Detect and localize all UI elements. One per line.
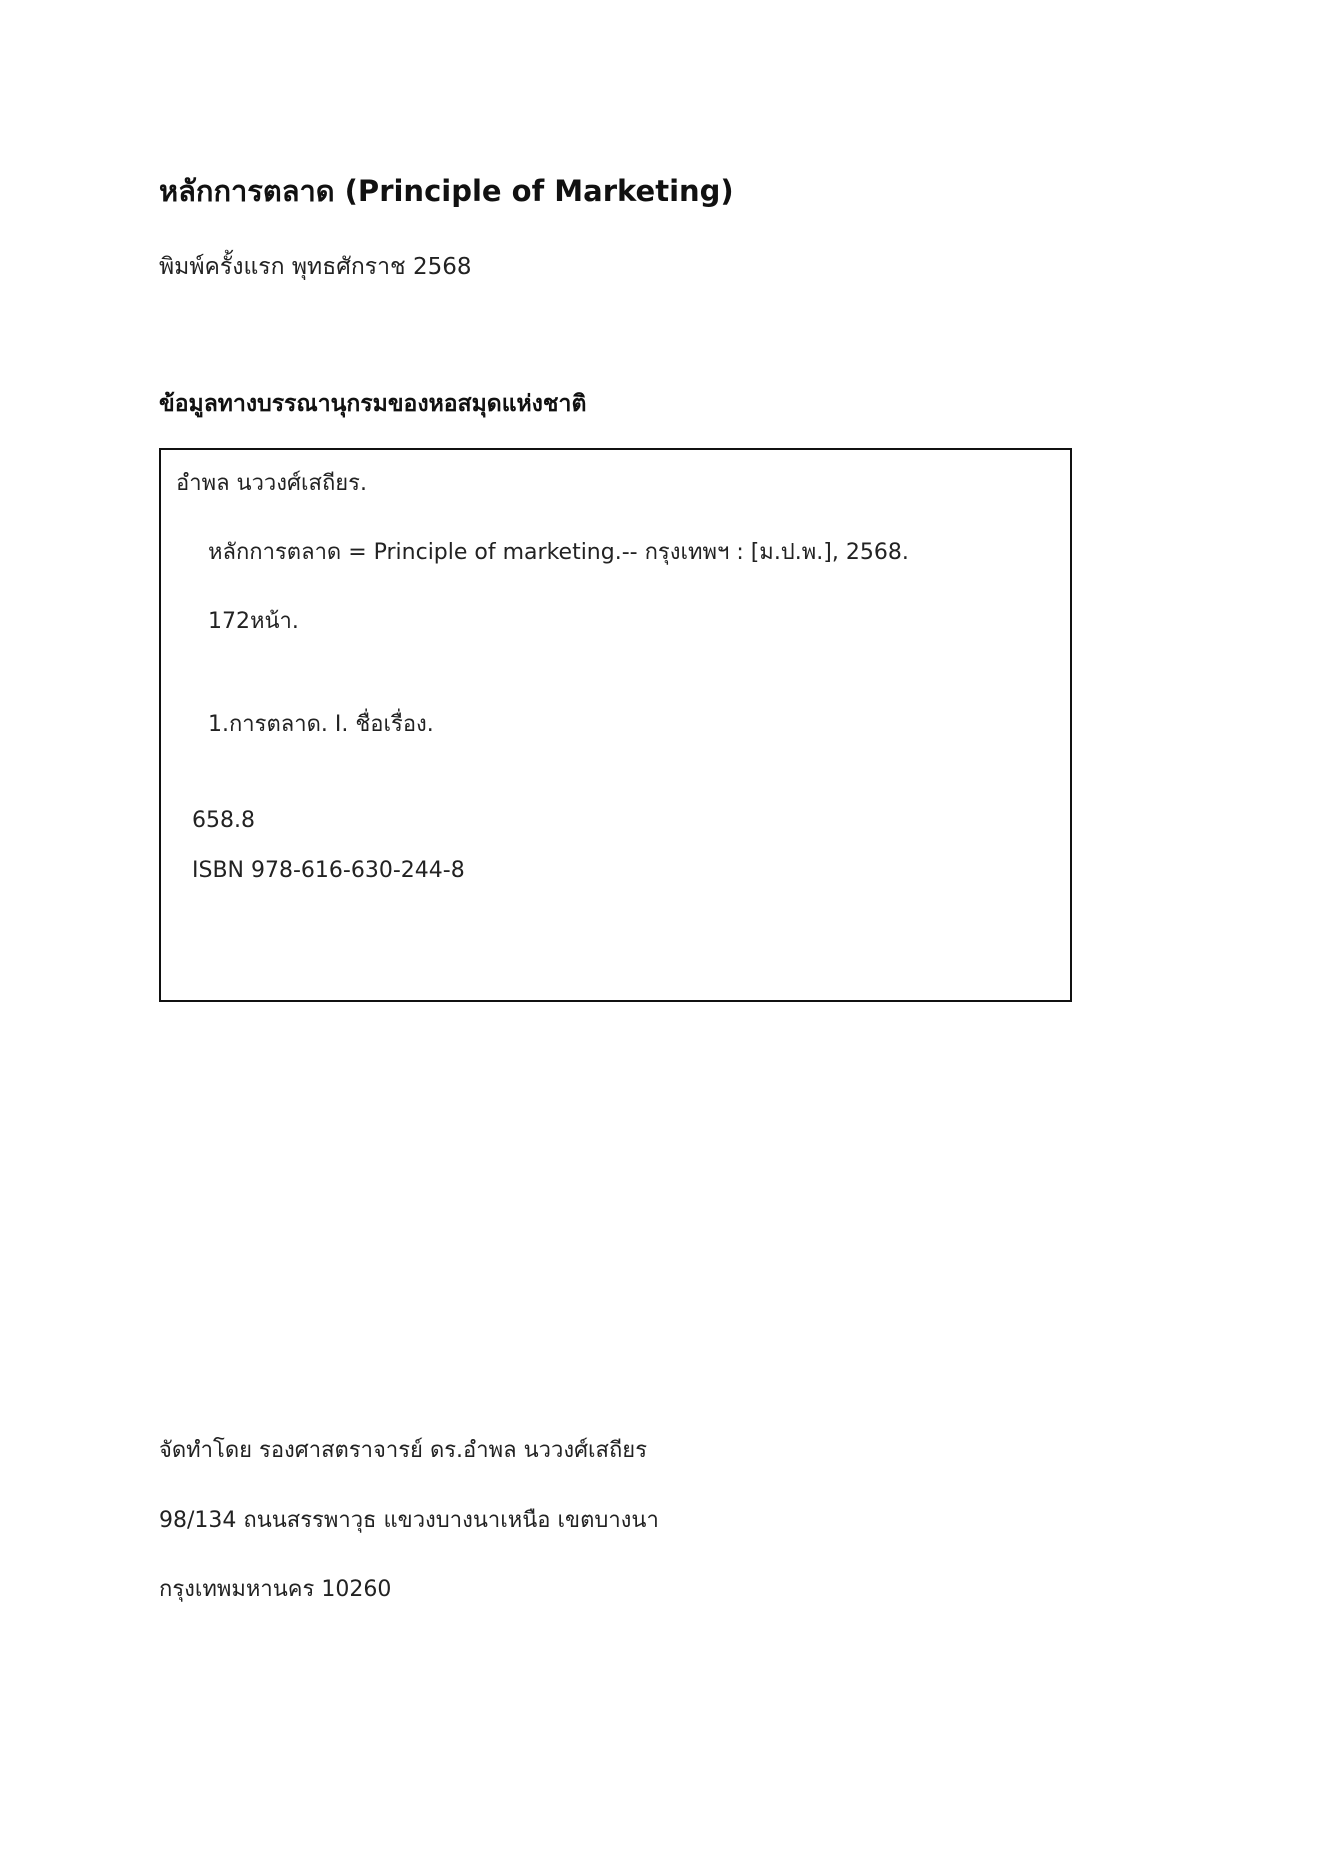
publisher-address-line1: 98/134 ถนนสรรพาวุธ แขวงบางนาเหนือ เขตบาง… xyxy=(159,1502,659,1537)
publisher-address-line2: กรุงเทพมหานคร 10260 xyxy=(159,1571,391,1606)
cip-title-statement: หลักการตลาด = Principle of marketing.-- … xyxy=(208,534,909,569)
cip-author: อำพล นววงศ์เสถียร. xyxy=(176,465,367,500)
cip-heading: ข้อมูลทางบรรณานุกรมของหอสมุดแห่งชาติ xyxy=(159,386,586,422)
cip-classification: 658.8 xyxy=(192,808,255,833)
cip-pages: 172หน้า. xyxy=(208,603,299,638)
cip-subjects: 1.การตลาด. I. ชื่อเรื่อง. xyxy=(208,706,434,741)
prepared-by: จัดทำโดย รองศาสตราจารย์ ดร.อำพล นววงศ์เส… xyxy=(159,1432,647,1467)
cip-record-box: อำพล นววงศ์เสถียร. หลักการตลาด = Princip… xyxy=(159,448,1072,1002)
edition-statement: พิมพ์ครั้งแรก พุทธศักราช 2568 xyxy=(159,249,471,285)
book-title: หลักการตลาด (Principle of Marketing) xyxy=(159,168,734,214)
cip-isbn: ISBN 978-616-630-244-8 xyxy=(192,858,465,883)
